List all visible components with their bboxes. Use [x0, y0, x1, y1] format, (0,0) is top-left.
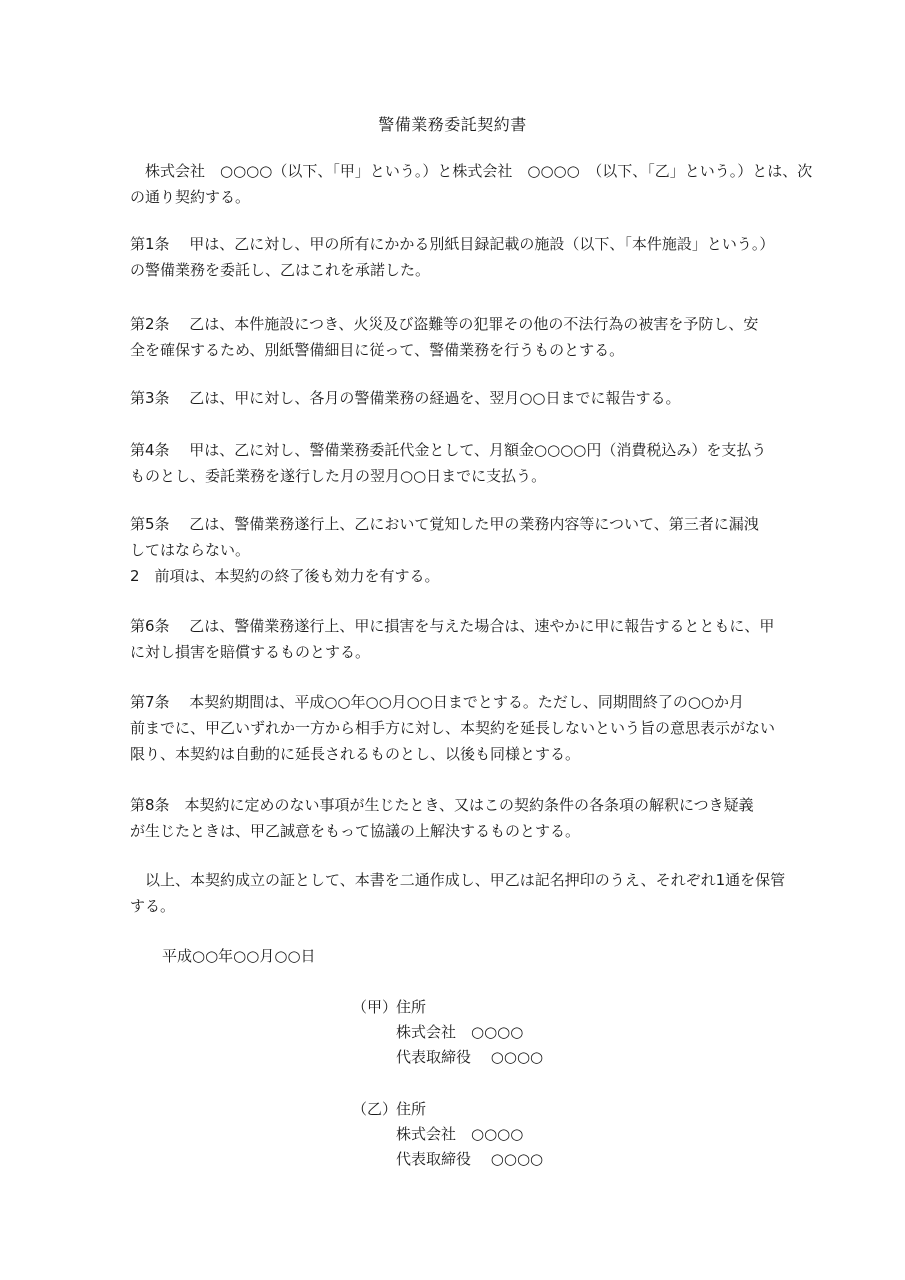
preamble: 株式会社 ○○○○（以下、「甲」という。）と株式会社 ○○○○ （以下、「乙」と… — [130, 158, 780, 210]
representative: 代表取締役 ○○○○ — [396, 1044, 543, 1070]
article-line: 第7条 本契約期間は、平成○○年○○月○○日までとする。ただし、同期間終了の○○… — [130, 689, 780, 715]
address-label: 住所 — [396, 994, 426, 1020]
representative: 代表取締役 ○○○○ — [396, 1146, 543, 1172]
article-line: 前までに、甲乙いずれか一方から相手方に対し、本契約を延長しないという旨の意思表示… — [130, 715, 780, 741]
article-6: 第6条 乙は、警備業務遂行上、甲に損害を与えた場合は、速やかに甲に報告するととも… — [130, 613, 780, 665]
article-line: 第6条 乙は、警備業務遂行上、甲に損害を与えた場合は、速やかに甲に報告するととも… — [130, 613, 780, 639]
article-7: 第7条 本契約期間は、平成○○年○○月○○日までとする。ただし、同期間終了の○○… — [130, 689, 780, 767]
article-2: 第2条 乙は、本件施設につき、火災及び盗難等の犯罪その他の不法行為の被害を予防し… — [130, 311, 780, 363]
address-label: 住所 — [396, 1096, 426, 1122]
closing-line: する。 — [130, 893, 780, 919]
article-8: 第8条 本契約に定めのない事項が生じたとき、又はこの契約条件の各条項の解釈につき… — [130, 792, 780, 844]
party-label: （甲） — [352, 994, 397, 1020]
article-line: の警備業務を委託し、乙はこれを承諾した。 — [130, 257, 780, 283]
preamble-line: の通り契約する。 — [130, 184, 780, 210]
article-5: 第5条 乙は、警備業務遂行上、乙において覚知した甲の業務内容等について、第三者に… — [130, 511, 780, 589]
document-title: 警備業務委託契約書 — [0, 112, 905, 135]
article-line: 第1条 甲は、乙に対し、甲の所有にかかる別紙目録記載の施設（以下、「本件施設」と… — [130, 231, 780, 257]
closing-paragraph: 以上、本契約成立の証として、本書を二通作成し、甲乙は記名押印のうえ、それぞれ1通… — [130, 867, 780, 919]
article-line: 2 前項は、本契約の終了後も効力を有する。 — [130, 563, 780, 589]
article-line: してはならない。 — [130, 537, 780, 563]
article-line: 第5条 乙は、警備業務遂行上、乙において覚知した甲の業務内容等について、第三者に… — [130, 511, 780, 537]
company-name: 株式会社 ○○○○ — [396, 1019, 523, 1045]
article-line: 第8条 本契約に定めのない事項が生じたとき、又はこの契約条件の各条項の解釈につき… — [130, 792, 780, 818]
article-line: 第2条 乙は、本件施設につき、火災及び盗難等の犯罪その他の不法行為の被害を予防し… — [130, 311, 780, 337]
article-3: 第3条 乙は、甲に対し、各月の警備業務の経過を、翌月○○日までに報告する。 — [130, 385, 780, 411]
article-1: 第1条 甲は、乙に対し、甲の所有にかかる別紙目録記載の施設（以下、「本件施設」と… — [130, 231, 780, 283]
closing-line: 以上、本契約成立の証として、本書を二通作成し、甲乙は記名押印のうえ、それぞれ1通… — [130, 867, 780, 893]
contract-date: 平成○○年○○月○○日 — [162, 943, 316, 969]
article-line: 第3条 乙は、甲に対し、各月の警備業務の経過を、翌月○○日までに報告する。 — [130, 385, 780, 411]
preamble-line: 株式会社 ○○○○（以下、「甲」という。）と株式会社 ○○○○ （以下、「乙」と… — [130, 158, 780, 184]
article-4: 第4条 甲は、乙に対し、警備業務委託代金として、月額金○○○○円（消費税込み）を… — [130, 437, 780, 489]
party-label: （乙） — [352, 1096, 397, 1122]
article-line: 第4条 甲は、乙に対し、警備業務委託代金として、月額金○○○○円（消費税込み）を… — [130, 437, 780, 463]
article-line: ものとし、委託業務を遂行した月の翌月○○日までに支払う。 — [130, 463, 780, 489]
company-name: 株式会社 ○○○○ — [396, 1121, 523, 1147]
article-line: 限り、本契約は自動的に延長されるものとし、以後も同様とする。 — [130, 741, 780, 767]
article-line: が生じたときは、甲乙誠意をもって協議の上解決するものとする。 — [130, 818, 780, 844]
article-line: に対し損害を賠償するものとする。 — [130, 639, 780, 665]
article-line: 全を確保するため、別紙警備細目に従って、警備業務を行うものとする。 — [130, 337, 780, 363]
contract-page: 警備業務委託契約書 株式会社 ○○○○（以下、「甲」という。）と株式会社 ○○○… — [0, 0, 905, 1280]
